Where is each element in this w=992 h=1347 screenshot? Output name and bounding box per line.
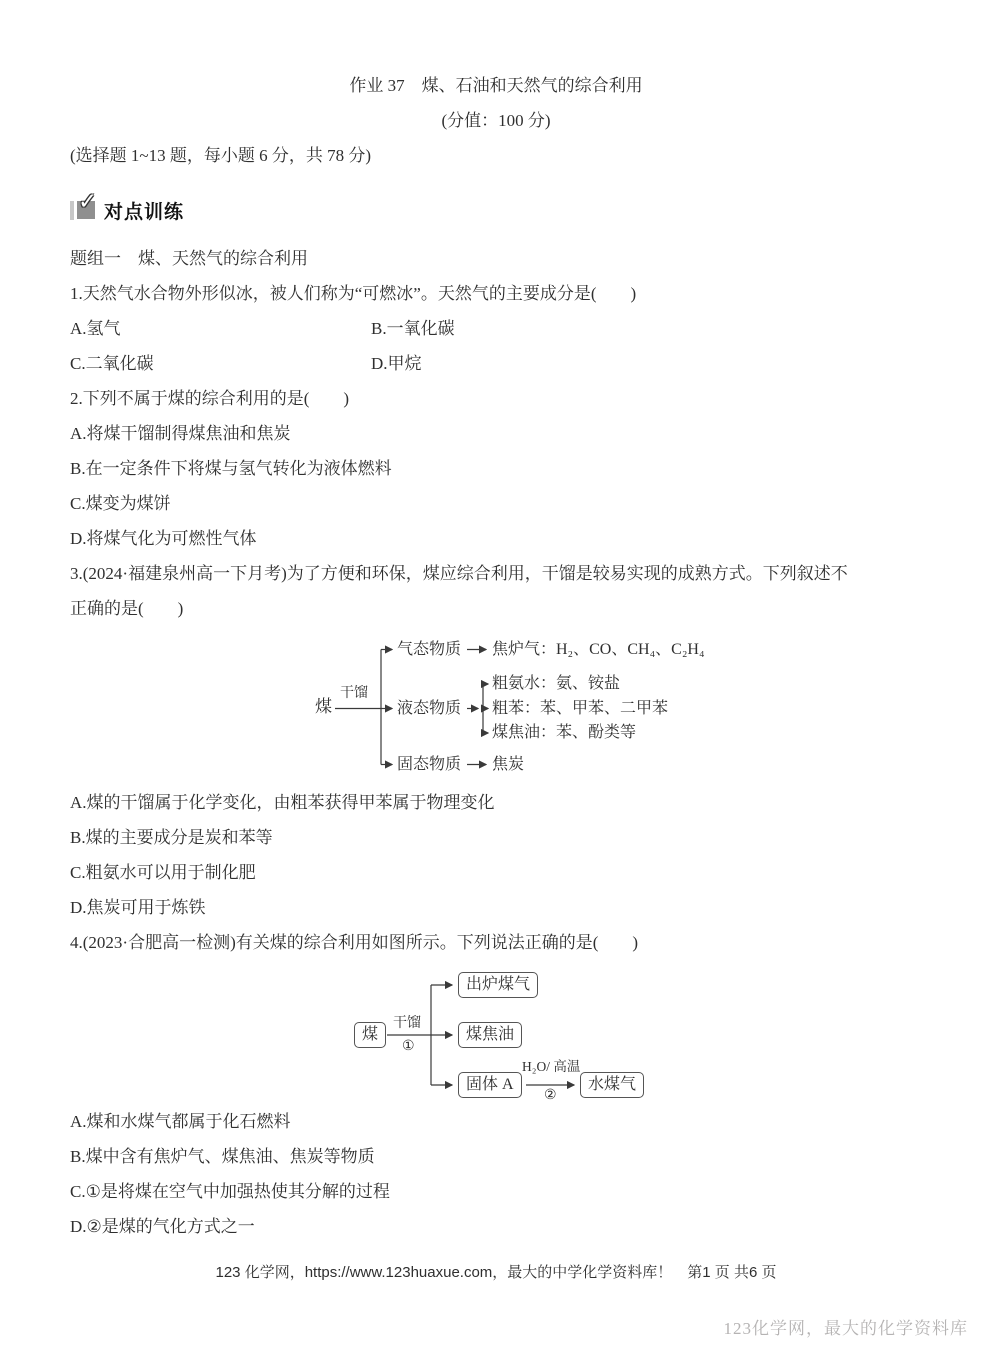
q3-liquid-label: 液态物质 (397, 698, 461, 719)
question-4-text: 4.(2023·合肥高一检测)有关煤的综合利用如图所示。下列说法正确的是( ) (70, 925, 922, 960)
q4-process-label: 干馏 (393, 1015, 421, 1033)
option-3-d: D.焦炭可用于炼铁 (70, 890, 922, 925)
question-1-options: A.氢气 B.一氧化碳 C.二氧化碳 D.甲烷 (70, 311, 922, 381)
question-2-text: 2.下列不属于煤的综合利用的是( ) (70, 381, 922, 416)
q3-gas-label: 气态物质 (397, 639, 461, 660)
page-title: 作业 37 煤、石油和天然气的综合利用 (70, 68, 922, 104)
option-3-c: C.粗氨水可以用于制化肥 (70, 855, 922, 890)
coal-utilization-flow-diagram: 煤 干馏 ① 出炉煤气 煤焦油 固体 A H₂O/ 高温 ② 水煤气 (340, 964, 680, 1104)
option-1-b: B.一氧化碳 (371, 311, 455, 346)
q4-solid-a-box: 固体 A (458, 1072, 522, 1098)
check-icon: ✓ (78, 191, 97, 214)
option-1-a: A.氢气 (70, 311, 371, 346)
question-3-text-line2: 正确的是( ) (70, 591, 922, 626)
q4-furnace-gas-box: 出炉煤气 (458, 972, 538, 998)
option-1-d: D.甲烷 (371, 346, 455, 381)
option-4-c: C.①是将煤在空气中加强热使其分解的过程 (70, 1174, 922, 1209)
q4-condition-label: H₂O/ 高温 (522, 1058, 580, 1075)
option-2-a: A.将煤干馏制得煤焦油和焦炭 (70, 416, 922, 451)
question-1-text: 1.天然气水合物外形似冰，被人们称为“可燃冰”。天然气的主要成分是( ) (70, 276, 922, 311)
option-3-a: A.煤的干馏属于化学变化，由粗苯获得甲苯属于物理变化 (70, 785, 922, 820)
section-title: 对点训练 (104, 197, 184, 224)
option-4-a: A.煤和水煤气都属于化石燃料 (70, 1104, 922, 1139)
coal-distillation-tree-diagram: 煤 干馏 气态物质 焦炉气：H₂、CO、CH₄、C₂H₄ 液态物质 粗氨水：氨、… (295, 631, 735, 781)
q4-water-gas-box: 水煤气 (580, 1072, 644, 1098)
instructions-line: (选择题 1~13 题，每小题 6 分，共 78 分) (70, 138, 922, 174)
q4-coal-tar-box: 煤焦油 (458, 1022, 522, 1048)
checkmark-badge-icon: ✓ (70, 201, 95, 220)
option-3-b: B.煤的主要成分是炭和苯等 (70, 820, 922, 855)
page-footer: 123 化学网，https://www.123huaxue.com，最大的中学化… (0, 1258, 992, 1288)
q4-step1-label: ① (402, 1038, 415, 1056)
q4-step2-label: ② (544, 1087, 557, 1104)
worksheet-page: 作业 37 煤、石油和天然气的综合利用 (分值：100 分) (选择题 1~13… (0, 0, 992, 1347)
score-line: (分值：100 分) (70, 104, 922, 138)
watermark-text: 123化学网，最大的化学资料库 (724, 1314, 969, 1339)
group-title: 题组一 煤、天然气的综合利用 (70, 241, 922, 276)
q3-solid-product-label: 焦炭 (492, 754, 524, 775)
q3-liquid-product-2-label: 粗苯：苯、甲苯、二甲苯 (492, 698, 668, 719)
q3-liquid-product-1-label: 粗氨水：氨、铵盐 (492, 673, 620, 694)
q3-gas-product-label: 焦炉气：H₂、CO、CH₄、C₂H₄ (492, 639, 705, 660)
option-2-d: D.将煤气化为可燃性气体 (70, 521, 922, 556)
option-2-c: C.煤变为煤饼 (70, 486, 922, 521)
badge-box: ✓ (77, 201, 95, 219)
badge-bar (70, 201, 74, 220)
option-4-d: D.②是煤的气化方式之一 (70, 1209, 922, 1244)
section-header: ✓ 对点训练 (70, 196, 922, 224)
q3-solid-label: 固态物质 (397, 754, 461, 775)
option-4-b: B.煤中含有焦炉气、煤焦油、焦炭等物质 (70, 1139, 922, 1174)
q3-liquid-product-3-label: 煤焦油：苯、酚类等 (492, 722, 636, 743)
q3-root-label: 煤 (315, 696, 332, 717)
question-3-text-line1: 3.(2024·福建泉州高一下月考)为了方便和环保，煤应综合利用，干馏是较易实现… (70, 556, 922, 591)
q3-process-label: 干馏 (340, 685, 368, 703)
option-1-c: C.二氧化碳 (70, 346, 371, 381)
option-2-b: B.在一定条件下将煤与氢气转化为液体燃料 (70, 451, 922, 486)
q4-coal-box: 煤 (354, 1022, 386, 1048)
